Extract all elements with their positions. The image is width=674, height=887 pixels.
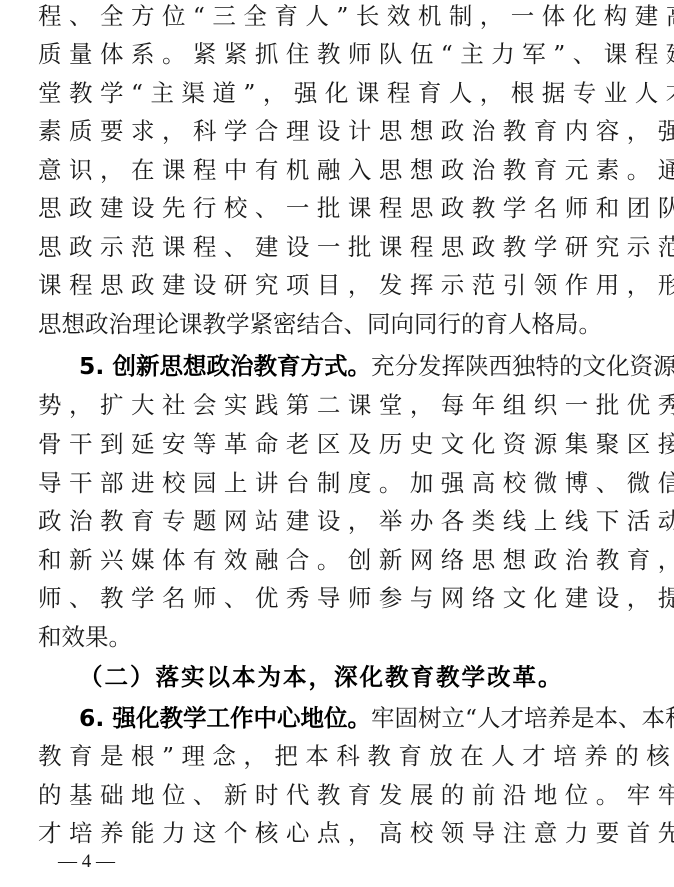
text-line: 程 、 全 方 位 “ 三 全 育 人 ” 长 效 机 制 ， 一 体 化 构 … xyxy=(38,1,626,31)
item-6-title: 6. 强化教学工作中心地位。 xyxy=(79,704,371,732)
text-line: 才 培 养 能 力 这 个 核 心 点 ， 高 校 领 导 注 意 力 要 首 … xyxy=(38,818,626,848)
text-line: 的 基 础 地 位 、 新 时 代 教 育 发 展 的 前 沿 地 位 。 牢 … xyxy=(38,780,626,810)
page-number: — 4 — xyxy=(58,850,115,874)
section-heading: （二）落实以本为本，深化教育教学改革。 xyxy=(79,662,564,692)
text-line: 思想政治理论课教学紧密结合、同向同行的育人格局。 xyxy=(38,309,626,339)
item-5-first-line: 5. 创新思想政治教育方式。充分发挥陕西独特的文化资源优 xyxy=(79,351,626,381)
text-line: 和 新 兴 媒 体 有 效 融 合 。 创 新 网 络 思 想 政 治 教 育 … xyxy=(38,545,626,575)
text-line: 思 政 示 范 课 程 、 建 设 一 批 课 程 思 政 教 学 研 究 示 … xyxy=(38,232,626,262)
text-line: 骨 干 到 延 安 等 革 命 老 区 及 历 史 文 化 资 源 集 聚 区 … xyxy=(38,429,626,459)
item-5-first-line-text: 充分发挥陕西独特的文化资源优 xyxy=(371,352,674,380)
item-6-first-line-text: 牢固树立“人才培养是本、本科 xyxy=(371,704,674,732)
document-page: 程 、 全 方 位 “ 三 全 育 人 ” 长 效 机 制 ， 一 体 化 构 … xyxy=(0,0,674,887)
text-line: 质 量 体 系 。 紧 紧 抓 住 教 师 队 伍 “ 主 力 军 ” 、 课 … xyxy=(38,39,626,69)
text-line: 师 、 教 学 名 师 、 优 秀 导 师 参 与 网 络 文 化 建 设 ， … xyxy=(38,583,626,613)
text-line: 素 质 要 求 ， 科 学 合 理 设 计 思 想 政 治 教 育 内 容 ， … xyxy=(38,116,626,146)
text-line: 教 育 是 根 ” 理 念 ， 把 本 科 教 育 放 在 人 才 培 养 的 … xyxy=(38,741,626,771)
item-6-first-line: 6. 强化教学工作中心地位。牢固树立“人才培养是本、本科 xyxy=(79,703,626,733)
text-line: 势 ， 扩 大 社 会 实 践 第 二 课 堂 ， 每 年 组 织 一 批 优 … xyxy=(38,390,626,420)
text-line: 思 政 建 设 先 行 校 、 一 批 课 程 思 政 教 学 名 师 和 团 … xyxy=(38,193,626,223)
text-line: 堂 教 学 “ 主 渠 道 ” ， 强 化 课 程 育 人 ， 根 据 专 业 … xyxy=(38,78,626,108)
text-line: 课 程 思 政 建 设 研 究 项 目 ， 发 挥 示 范 引 领 作 用 ， … xyxy=(38,270,626,300)
text-line: 和效果。 xyxy=(38,622,626,652)
text-line: 导 干 部 进 校 园 上 讲 台 制 度 。 加 强 高 校 微 博 、 微 … xyxy=(38,468,626,498)
text-line: 意 识 ， 在 课 程 中 有 机 融 入 思 想 政 治 教 育 元 素 。 … xyxy=(38,155,626,185)
item-5-title: 5. 创新思想政治教育方式。 xyxy=(79,352,371,380)
text-line: 政 治 教 育 专 题 网 站 建 设 ， 举 办 各 类 线 上 线 下 活 … xyxy=(38,506,626,536)
